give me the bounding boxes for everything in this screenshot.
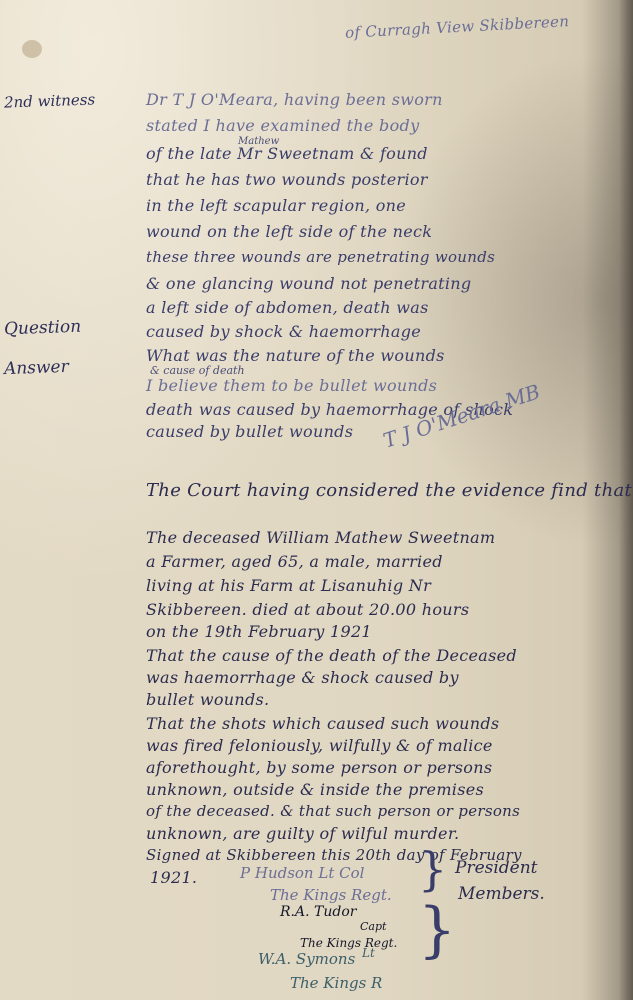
president-regiment: The Kings Regt. [270, 886, 392, 904]
testimony-line-1: Dr T J O'Meara, having been sworn [146, 90, 443, 109]
margin-note-witness: 2nd witness [4, 90, 96, 111]
finding-line-7: That the cause of the death of the Decea… [146, 646, 517, 665]
finding-line-1: The Court having considered the evidence… [146, 480, 632, 501]
finding-line-10: That the shots which caused such wounds [146, 714, 499, 733]
testimony-line-6: wound on the left side of the neck [146, 222, 432, 241]
question-line-1: What was the nature of the wounds [146, 346, 445, 365]
president-label: President [455, 858, 538, 878]
finding-line-14: of the deceased. & that such person or p… [146, 802, 520, 820]
finding-line-13: unknown, outside & inside the premises [146, 780, 484, 799]
finding-line-3: a Farmer, aged 65, a male, married [146, 552, 443, 571]
margin-note-answer: Answer [4, 357, 69, 379]
members-brace: } [418, 900, 456, 960]
finding-line-6: on the 19th February 1921 [146, 622, 372, 641]
members-label: Members. [458, 884, 545, 904]
member-2-signature: W.A. Symons [258, 950, 355, 968]
paper-stain [22, 40, 42, 58]
member-2-regiment: The Kings R [290, 974, 382, 992]
president-signature: P Hudson Lt Col [240, 864, 364, 882]
testimony-line-8: & one glancing wound not penetrating [146, 274, 471, 293]
testimony-line-3: of the late Mr Sweetnam & found [146, 144, 428, 163]
member-1-rank: Capt [360, 920, 386, 933]
insert-address: of Curragh View Skibbereen [345, 12, 570, 42]
finding-line-12: aforethought, by some person or persons [146, 758, 492, 777]
president-brace: } [418, 846, 447, 892]
testimony-line-4: that he has two wounds posterior [146, 170, 428, 189]
margin-note-question: Question [4, 317, 82, 340]
document-page: 2nd witness Question Answer of Curragh V… [0, 0, 633, 1000]
finding-line-17: 1921. [150, 868, 197, 887]
answer-line-1: I believe them to be bullet wounds [146, 376, 437, 395]
finding-line-8: was haemorrhage & shock caused by [146, 668, 459, 687]
member-1-regiment: The Kings Regt. [300, 936, 397, 950]
finding-line-2: The deceased William Mathew Sweetnam [146, 528, 495, 547]
member-2-rank: Lt [362, 946, 375, 960]
testimony-line-7: these three wounds are penetrating wound… [146, 248, 495, 266]
finding-line-11: was fired feloniously, wilfully & of mal… [146, 736, 493, 755]
finding-line-9: bullet wounds. [146, 690, 269, 709]
testimony-line-2: stated I have examined the body [146, 116, 419, 135]
testimony-line-10: caused by shock & haemorrhage [146, 322, 421, 341]
testimony-line-9: a left side of abdomen, death was [146, 298, 429, 317]
finding-line-5: Skibbereen. died at about 20.00 hours [146, 600, 469, 619]
answer-line-3: caused by bullet wounds [146, 422, 353, 441]
finding-line-4: living at his Farm at Lisanuhig Nr [146, 576, 431, 595]
member-1-signature: R.A. Tudor [280, 904, 356, 920]
testimony-line-5: in the left scapular region, one [146, 196, 406, 215]
finding-line-15: unknown, are guilty of wilful murder. [146, 824, 459, 843]
